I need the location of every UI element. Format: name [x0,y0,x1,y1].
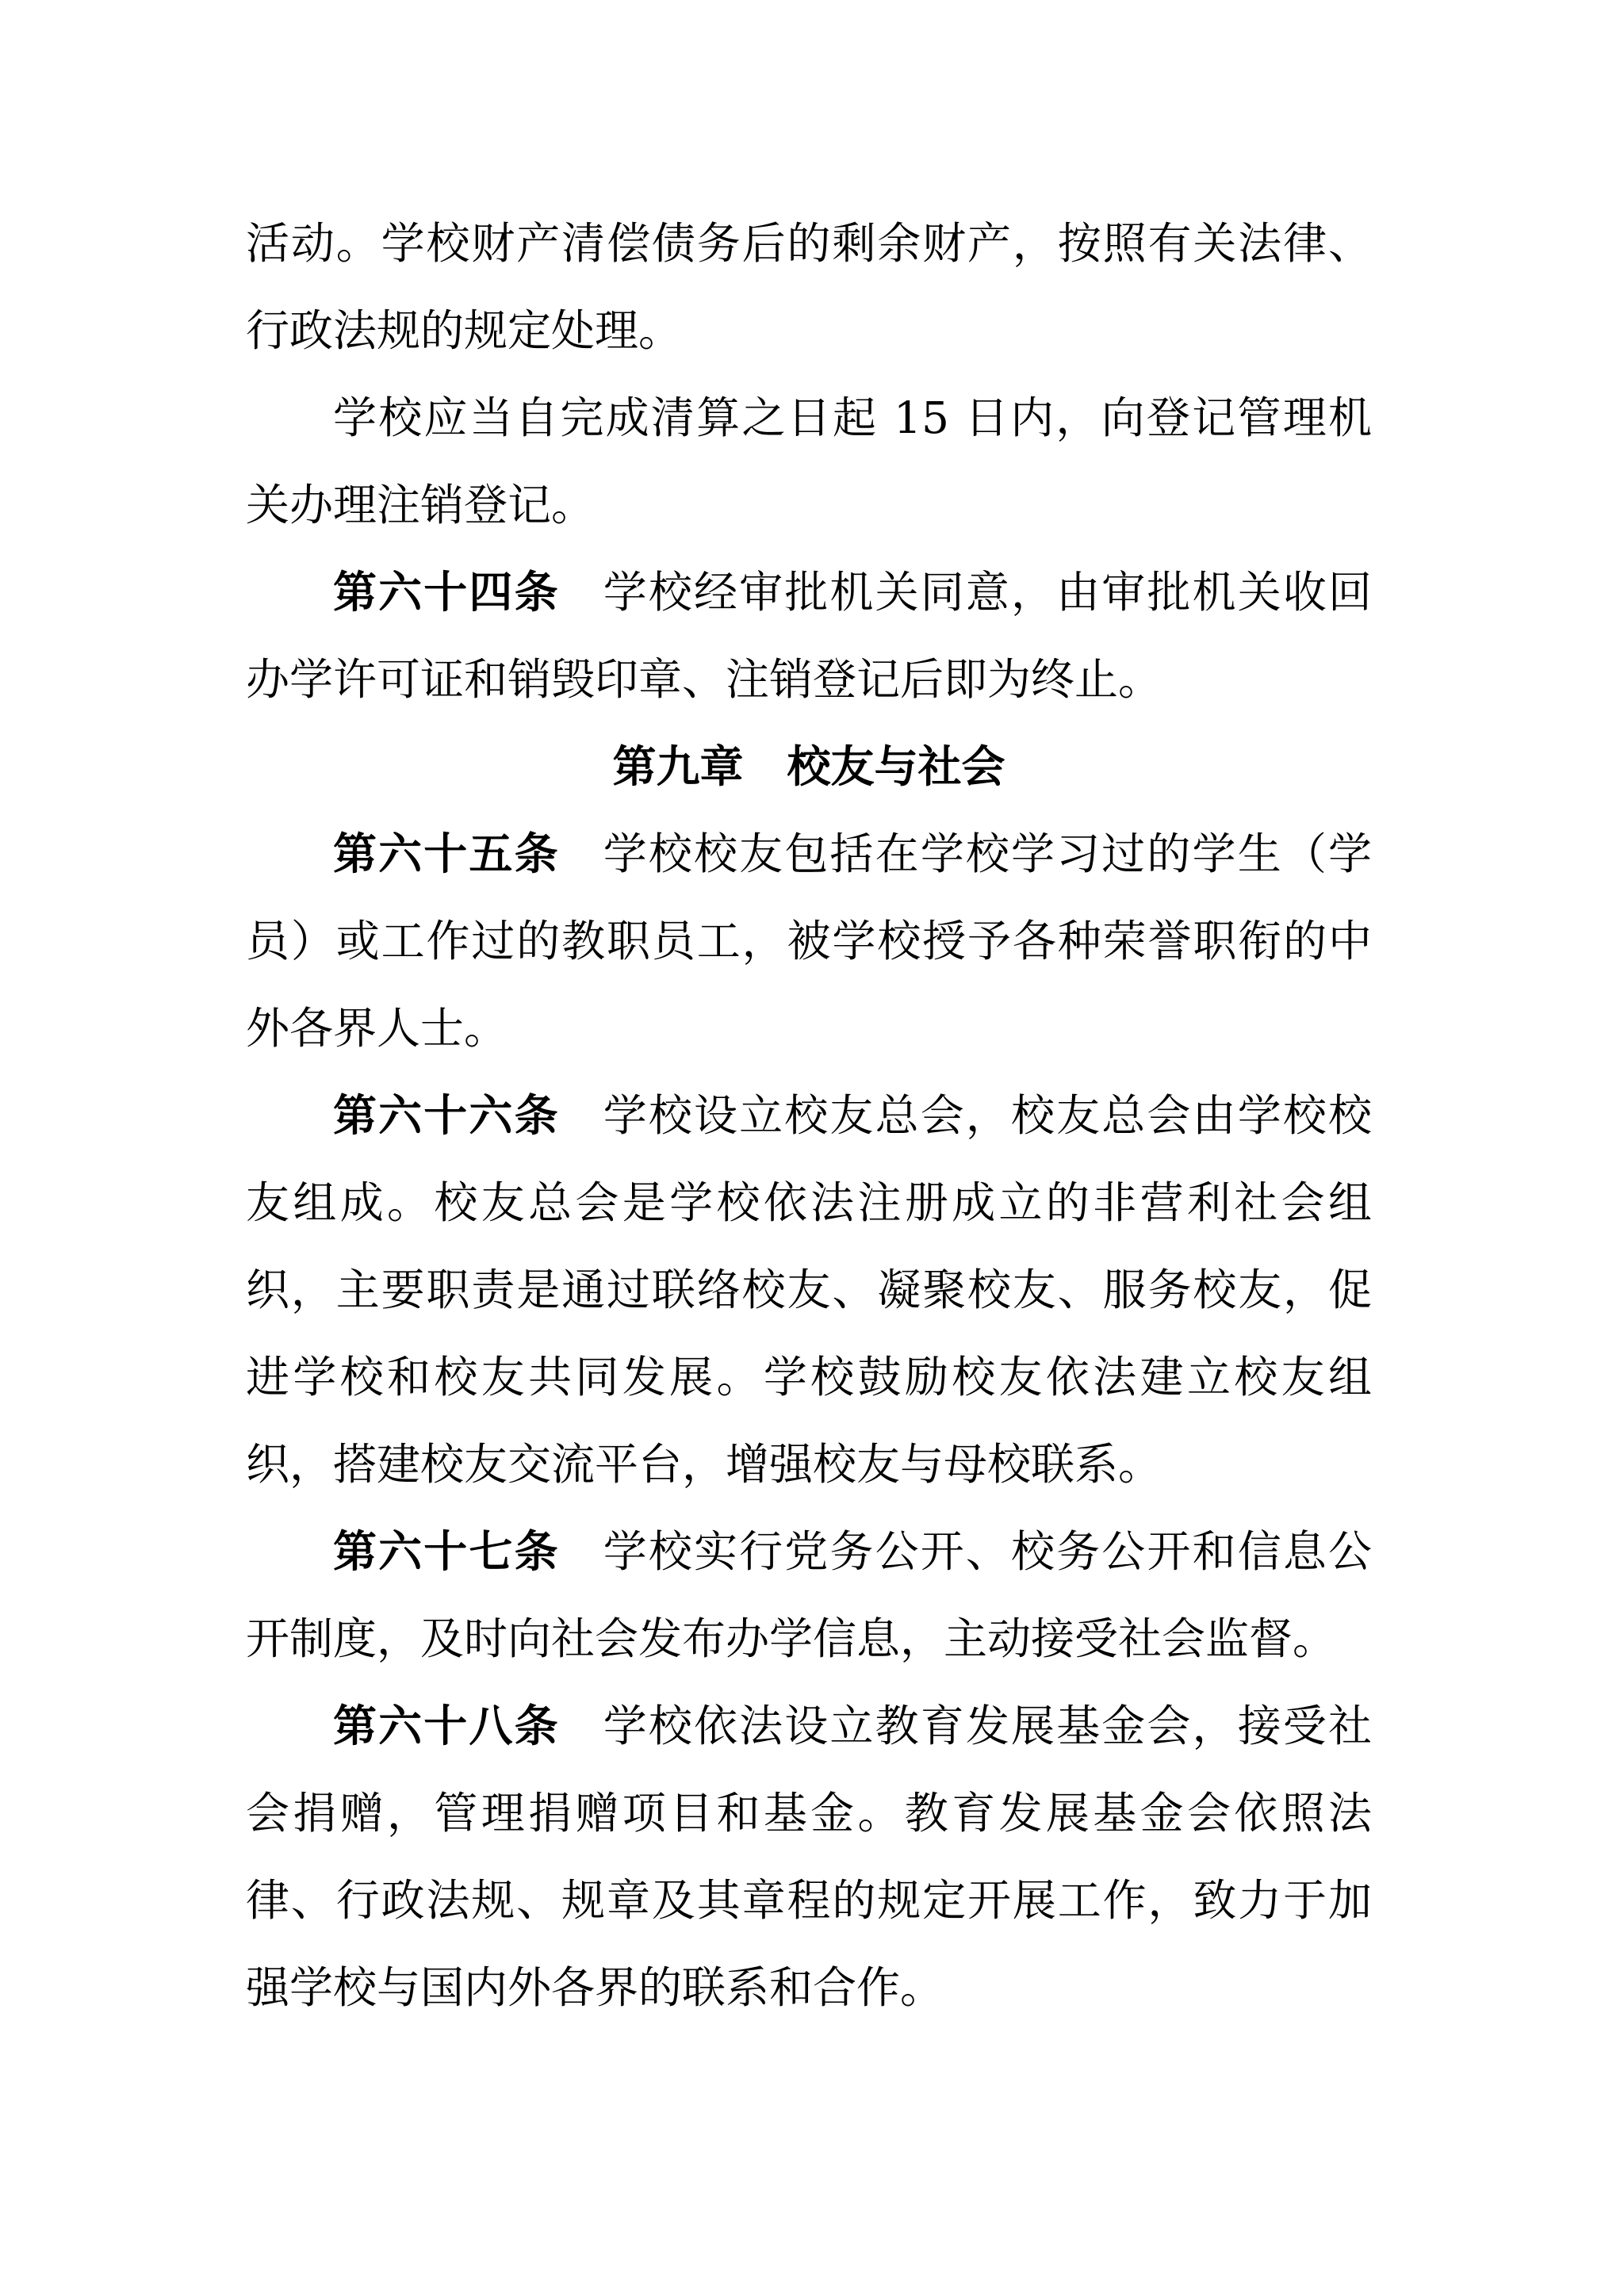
paragraph-deregistration: 学校应当自完成清算之日起 15 日内，向登记管理机关办理注销登记。 [246,374,1372,549]
paragraph-article-66: 第六十六条学校设立校友总会，校友总会由学校校友组成。校友总会是学校依法注册成立的… [246,1072,1372,1508]
article-66-number: 第六十六条 [333,1089,560,1141]
chapter-9-number: 第九章 [612,723,743,810]
paragraph-article-68: 第六十八条学校依法设立教育发展基金会，接受社会捐赠，管理捐赠项目和基金。教育发展… [246,1682,1372,2031]
paragraph-liquidation-remainder: 活动。学校财产清偿债务后的剩余财产，按照有关法律、行政法规的规定处理。 [246,200,1372,374]
document-content: 活动。学校财产清偿债务后的剩余财产，按照有关法律、行政法规的规定处理。 学校应当… [246,200,1372,2031]
paragraph-article-67: 第六十七条学校实行党务公开、校务公开和信息公开制度，及时向社会发布办学信息，主动… [246,1508,1372,1682]
document-page: 活动。学校财产清偿债务后的剩余财产，按照有关法律、行政法规的规定处理。 学校应当… [0,0,1624,2296]
article-65-number: 第六十五条 [333,828,560,879]
article-67-number: 第六十七条 [333,1525,560,1577]
article-68-number: 第六十八条 [333,1700,560,1751]
article-64-number: 第六十四条 [333,566,560,618]
article-66-text: 学校设立校友总会，校友总会由学校校友组成。校友总会是学校依法注册成立的非营利社会… [246,1090,1372,1490]
paragraph-article-64: 第六十四条学校经审批机关同意，由审批机关收回办学许可证和销毁印章、注销登记后即为… [246,549,1372,723]
paragraph-article-65: 第六十五条学校校友包括在学校学习过的学生（学员）或工作过的教职员工，被学校授予各… [246,810,1372,1072]
chapter-9-heading: 第九章校友与社会 [246,723,1372,810]
chapter-9-title: 校友与社会 [787,723,1005,810]
